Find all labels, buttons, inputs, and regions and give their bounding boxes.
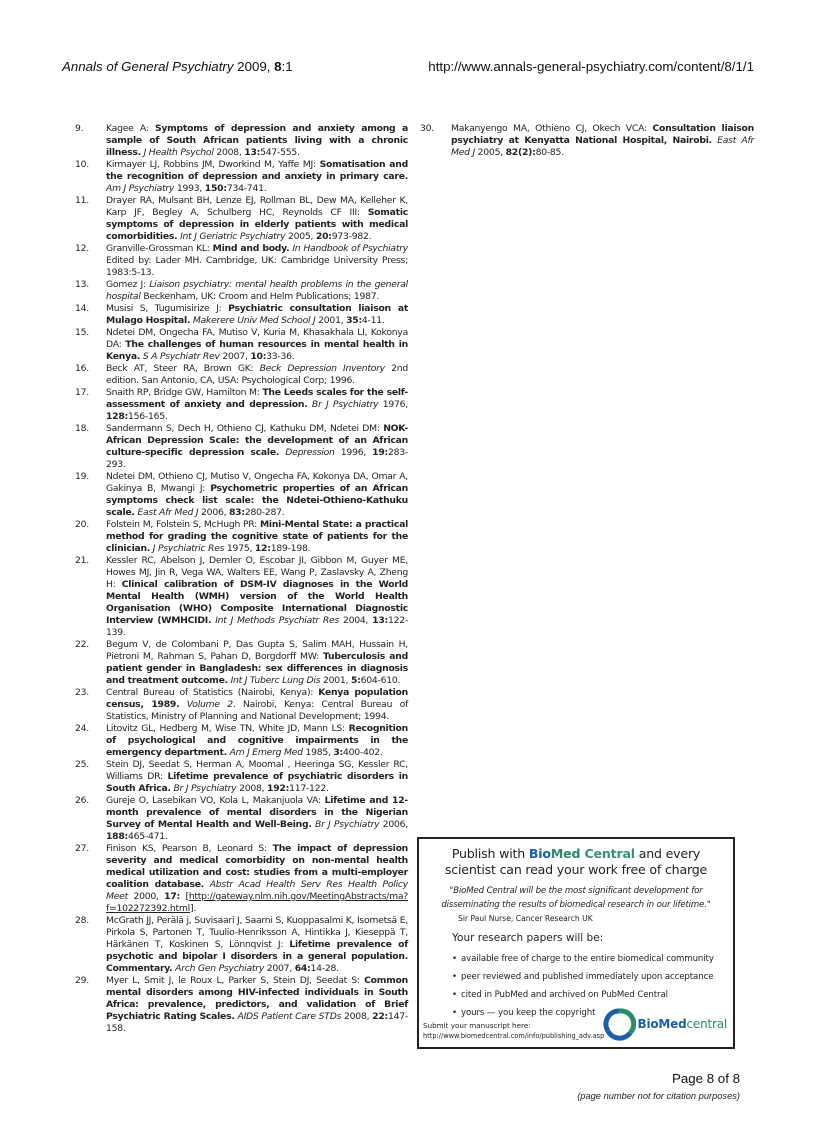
logo-bold: BioMed	[638, 1017, 687, 1031]
reference-item: 10.Kirmayer LJ, Robbins JM, Dworkind M, …	[75, 159, 408, 195]
ad-benefit: available free of charge to the entire b…	[452, 950, 733, 968]
reference-year: Beckenham, UK: Croom and Helm Publicatio…	[141, 291, 379, 302]
reference-authors: Folstein M, Folstein S, McHugh PR:	[106, 519, 260, 530]
reference-volume: 19:	[372, 447, 388, 458]
reference-year: 2005,	[285, 231, 316, 242]
reference-item: 27.Finison KS, Pearson B, Leonard S: The…	[75, 843, 408, 915]
references-right-column: 30.Makanyengo MA, Othieno CJ, Okech VCA:…	[420, 123, 754, 159]
reference-authors: Drayer RA, Mulsant BH, Lenze EJ, Rollman…	[106, 195, 408, 218]
reference-item: 28.McGrath JJ, Perälä j, Suvisaari J, Sa…	[75, 915, 408, 975]
reference-number: 27.	[75, 843, 99, 855]
reference-volume: 13:	[244, 147, 260, 158]
reference-volume: 10:	[250, 351, 266, 362]
ad-headline-post: and every	[635, 846, 700, 861]
reference-item: 29.Myer L, Smit J, le Roux L, Parker S, …	[75, 975, 408, 1035]
reference-number: 19.	[75, 471, 99, 483]
reference-journal: In Handbook of Psychiatry	[292, 243, 408, 254]
reference-item: 22.Begum V, de Colombani P, Das Gupta S,…	[75, 639, 408, 687]
reference-journal: S A Psychiatr Rev	[143, 351, 220, 362]
reference-number: 29.	[75, 975, 99, 987]
reference-volume: 20:	[316, 231, 332, 242]
reference-number: 18.	[75, 423, 99, 435]
reference-number: 15.	[75, 327, 99, 339]
reference-authors: Beck AT, Steer RA, Brown GK:	[106, 363, 260, 374]
reference-year: 2006,	[379, 819, 408, 830]
reference-authors: Litovitz GL, Hedberg M, Wise TN, White J…	[106, 723, 349, 734]
reference-title: Mind and body.	[213, 243, 290, 254]
reference-journal: Int J Methods Psychiatr Res	[215, 615, 339, 626]
brand-bio: Bio	[529, 846, 551, 861]
reference-link-close: ].	[190, 903, 196, 914]
reference-journal: Int J Geriatric Psychiatry	[180, 231, 285, 242]
reference-year: 1996,	[335, 447, 372, 458]
ad-quote: "BioMed Central will be the most signifi…	[419, 884, 733, 912]
reference-pages: 189-198.	[271, 543, 311, 554]
reference-volume: 17:	[164, 891, 180, 902]
journal-volume: 8	[274, 59, 281, 74]
reference-pages: 4-11.	[362, 315, 385, 326]
reference-journal: Int J Tuberc Lung Dis	[231, 675, 321, 686]
reference-pages: 973-982.	[332, 231, 372, 242]
reference-authors: Granville-Grossman KL:	[106, 243, 213, 254]
reference-pages: 156-165.	[128, 411, 168, 422]
reference-pages: 400-402.	[343, 747, 383, 758]
reference-year: 1976,	[378, 399, 408, 410]
reference-item: 23.Central Bureau of Statistics (Nairobi…	[75, 687, 408, 723]
reference-item: 20.Folstein M, Folstein S, McHugh PR: Mi…	[75, 519, 408, 555]
reference-journal: AIDS Patient Care STDs	[238, 1011, 342, 1022]
reference-number: 9.	[75, 123, 99, 135]
reference-volume: 82(2):	[506, 147, 536, 158]
ad-headline-pre: Publish with	[452, 846, 529, 861]
ad-benefit: peer reviewed and published immediately …	[452, 968, 733, 986]
reference-year: 1985,	[303, 747, 334, 758]
reference-volume: 3:	[333, 747, 343, 758]
submit-url[interactable]: http://www.biomedcentral.com/info/publis…	[423, 1031, 604, 1042]
ad-attribution: Sir Paul Nurse, Cancer Research UK	[458, 914, 733, 923]
biomed-central-logo: BioMedcentral	[602, 1007, 728, 1041]
reference-journal: Br J Psychiatry	[173, 783, 236, 794]
reference-year: 2007,	[264, 963, 295, 974]
reference-volume: 22:	[372, 1011, 388, 1022]
reference-pages: 604-610.	[361, 675, 401, 686]
reference-authors: Gomez J:	[106, 279, 149, 290]
reference-volume: 83:	[229, 507, 245, 518]
reference-number: 24.	[75, 723, 99, 735]
reference-year: 1975,	[224, 543, 255, 554]
reference-authors: Makanyengo MA, Othieno CJ, Okech VCA:	[451, 123, 652, 134]
ad-subhead: Your research papers will be:	[452, 932, 733, 944]
reference-year: 1993,	[174, 183, 205, 194]
ad-benefit: cited in PubMed and archived on PubMed C…	[452, 986, 733, 1004]
submit-label: Submit your manuscript here:	[423, 1020, 604, 1031]
journal-citation: Annals of General Psychiatry 2009, 8:1	[62, 59, 293, 74]
reference-journal: Arch Gen Psychiatry	[175, 963, 264, 974]
reference-volume: 12:	[255, 543, 271, 554]
reference-item: 12.Granville-Grossman KL: Mind and body.…	[75, 243, 408, 279]
reference-pages: 80-85.	[536, 147, 564, 158]
reference-pages: 33-36.	[266, 351, 294, 362]
reference-year: 2005,	[475, 147, 506, 158]
reference-pages: 117-122.	[289, 783, 329, 794]
page-number-note: (page number not for citation purposes)	[577, 1091, 740, 1101]
reference-item: 15.Ndetei DM, Ongecha FA, Mutiso V, Kuri…	[75, 327, 408, 363]
reference-item: 26.Gureje O, Lasebikan VO, Kola L, Makan…	[75, 795, 408, 843]
reference-item: 17.Snaith RP, Bridge GW, Hamilton M: The…	[75, 387, 408, 423]
reference-number: 21.	[75, 555, 99, 567]
reference-year: 2007,	[220, 351, 251, 362]
reference-journal: Am J Emerg Med	[230, 747, 303, 758]
biomed-ring-icon	[602, 1007, 636, 1041]
reference-journal: Makerere Univ Med School J	[193, 315, 316, 326]
running-header: Annals of General Psychiatry 2009, 8:1 h…	[62, 59, 754, 77]
reference-journal: J Health Psychol	[144, 147, 214, 158]
reference-volume: 35:	[346, 315, 362, 326]
reference-journal: Depression	[285, 447, 334, 458]
biomed-central-advert: Publish with BioMed Central and every sc…	[417, 837, 735, 1049]
reference-number: 23.	[75, 687, 99, 699]
reference-item: 30.Makanyengo MA, Othieno CJ, Okech VCA:…	[420, 123, 754, 159]
reference-volume: 64:	[295, 963, 311, 974]
journal-issue: :1	[282, 59, 293, 74]
reference-authors: Finison KS, Pearson B, Leonard S:	[106, 843, 273, 854]
reference-year: 2008,	[236, 783, 267, 794]
reference-pages: 547-555.	[260, 147, 300, 158]
reference-pages: 14-28.	[311, 963, 339, 974]
reference-pages: 280-287.	[245, 507, 285, 518]
reference-journal: Volume 2	[187, 699, 233, 710]
brand-med: Med	[551, 846, 581, 861]
reference-year: 2008,	[341, 1011, 372, 1022]
reference-number: 25.	[75, 759, 99, 771]
reference-authors: Kirmayer LJ, Robbins JM, Dworkind M, Yaf…	[106, 159, 320, 170]
ad-submit-info: Submit your manuscript here: http://www.…	[423, 1020, 604, 1042]
reference-item: 25.Stein DJ, Seedat S, Herman A, Moomal …	[75, 759, 408, 795]
reference-item: 18.Sandermann S, Dech H, Othieno CJ, Kat…	[75, 423, 408, 471]
reference-journal: Beck Depression Inventory	[260, 363, 385, 374]
reference-authors: Gureje O, Lasebikan VO, Kola L, Makanjuo…	[106, 795, 325, 806]
brand-central: Central	[580, 846, 635, 861]
reference-item: 14.Musisi S, Tugumisirize J: Psychiatric…	[75, 303, 408, 327]
reference-item: 19.Ndetei DM, Othieno CJ, Mutiso V, Onge…	[75, 471, 408, 519]
reference-authors: Kagee A:	[106, 123, 155, 134]
reference-item: 24.Litovitz GL, Hedberg M, Wise TN, Whit…	[75, 723, 408, 759]
reference-number: 30.	[420, 123, 444, 135]
reference-number: 14.	[75, 303, 99, 315]
ad-headline-line2: scientist can read your work free of cha…	[445, 862, 707, 877]
reference-year: 2004,	[339, 615, 372, 626]
reference-pages: 465-471.	[128, 831, 168, 842]
reference-number: 22.	[75, 639, 99, 651]
reference-number: 13.	[75, 279, 99, 291]
reference-journal: J Psychiatric Res	[153, 543, 224, 554]
reference-journal: Br J Psychiatry	[312, 399, 378, 410]
reference-volume: 128:	[106, 411, 128, 422]
reference-journal: Am J Psychiatry	[106, 183, 174, 194]
reference-authors: Musisi S, Tugumisirize J:	[106, 303, 228, 314]
reference-authors: Snaith RP, Bridge GW, Hamilton M:	[106, 387, 262, 398]
reference-journal: Br J Psychiatry	[315, 819, 379, 830]
ad-headline: Publish with BioMed Central and every sc…	[419, 846, 733, 878]
reference-item: 21.Kessler RC, Abelson J, Demler O, Esco…	[75, 555, 408, 639]
reference-number: 10.	[75, 159, 99, 171]
reference-item: 11.Drayer RA, Mulsant BH, Lenze EJ, Roll…	[75, 195, 408, 243]
reference-year: 2001,	[320, 675, 351, 686]
reference-pages: [	[180, 891, 189, 902]
page-number: Page 8 of 8	[672, 1071, 740, 1086]
reference-authors: Myer L, Smit J, le Roux L, Parker S, Ste…	[106, 975, 364, 986]
reference-volume: 5:	[351, 675, 361, 686]
reference-journal: East Afr Med J	[137, 507, 198, 518]
reference-year: 2001,	[315, 315, 346, 326]
references-left-column: 9.Kagee A: Symptoms of depression and an…	[75, 123, 408, 1035]
reference-volume: 13:	[372, 615, 388, 626]
reference-number: 28.	[75, 915, 99, 927]
reference-year: Edited by: Lader MH. Cambridge, UK: Camb…	[106, 255, 408, 278]
reference-item: 16.Beck AT, Steer RA, Brown GK: Beck Dep…	[75, 363, 408, 387]
reference-year: 2000,	[128, 891, 164, 902]
reference-number: 26.	[75, 795, 99, 807]
journal-name: Annals of General Psychiatry	[62, 59, 233, 74]
reference-number: 12.	[75, 243, 99, 255]
reference-number: 11.	[75, 195, 99, 207]
reference-pages: 734-741.	[227, 183, 267, 194]
logo-text: BioMedcentral	[638, 1017, 728, 1031]
reference-authors: Central Bureau of Statistics (Nairobi, K…	[106, 687, 318, 698]
reference-authors: Sandermann S, Dech H, Othieno CJ, Kathuk…	[106, 423, 383, 434]
reference-volume: 192:	[267, 783, 289, 794]
journal-url[interactable]: http://www.annals-general-psychiatry.com…	[428, 59, 754, 74]
logo-light: central	[686, 1017, 727, 1031]
reference-year: 2006,	[198, 507, 229, 518]
reference-volume: 188:	[106, 831, 128, 842]
reference-number: 17.	[75, 387, 99, 399]
reference-number: 20.	[75, 519, 99, 531]
reference-item: 9.Kagee A: Symptoms of depression and an…	[75, 123, 408, 159]
reference-year: 2008,	[214, 147, 245, 158]
reference-number: 16.	[75, 363, 99, 375]
journal-year: 2009,	[237, 59, 270, 74]
reference-volume: 150:	[205, 183, 227, 194]
reference-item: 13.Gomez J: Liaison psychiatry: mental h…	[75, 279, 408, 303]
